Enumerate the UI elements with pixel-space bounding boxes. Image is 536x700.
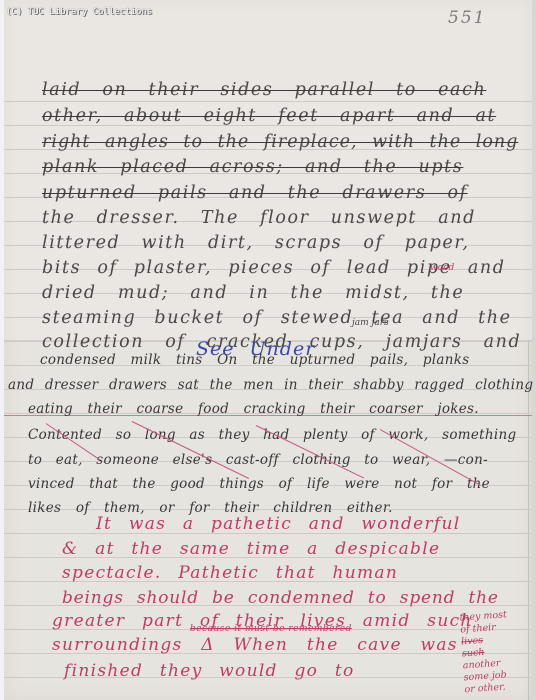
interlinear-insert: jam jars <box>352 318 389 328</box>
text-line: beings should be condemned to spend the <box>62 588 499 608</box>
text-line: eating their coarse food cracking their … <box>28 401 479 417</box>
text-line: Contented so long as they had plenty of … <box>28 427 516 443</box>
text-line: and dresser drawers sat the men in their… <box>8 377 533 393</box>
text-line: to eat, someone else's cast-off clothing… <box>28 452 488 468</box>
text-line: right angles to the fireplace, with the … <box>42 132 518 152</box>
text-line: surroundings Δ When the cave was <box>52 635 458 655</box>
text-line: spectacle. Pathetic that human <box>62 563 398 583</box>
text-line: the dresser. The floor unswept and <box>42 208 476 228</box>
struck-insertion: because it must be remembered <box>190 624 352 634</box>
margin-note: they most of their lives such another so… <box>459 608 535 697</box>
text-line: upturned pails and the drawers of <box>42 183 468 203</box>
text-line: other, about eight feet apart and at <box>42 106 496 126</box>
text-line: & at the same time a despicable <box>62 539 440 559</box>
blue-annotation: See Under <box>196 338 315 360</box>
text-line: laid on their sides parallel to each <box>42 80 486 100</box>
text-line: dried mud; and in the midst, the <box>42 283 464 303</box>
interlinear-insert: wood <box>430 263 454 273</box>
text-line: littered with dirt, scraps of paper, <box>42 233 470 253</box>
text-line: steaming bucket of stewed tea and the <box>42 308 512 328</box>
text-line: It was a pathetic and wonderful <box>96 514 461 534</box>
text-line: vinced that the good things of life were… <box>28 476 490 492</box>
manuscript-text: laid on their sides parallel to each oth… <box>0 0 536 700</box>
text-line: finished they would go to <box>64 661 355 681</box>
text-line: plank placed across; and the upts <box>42 157 463 177</box>
